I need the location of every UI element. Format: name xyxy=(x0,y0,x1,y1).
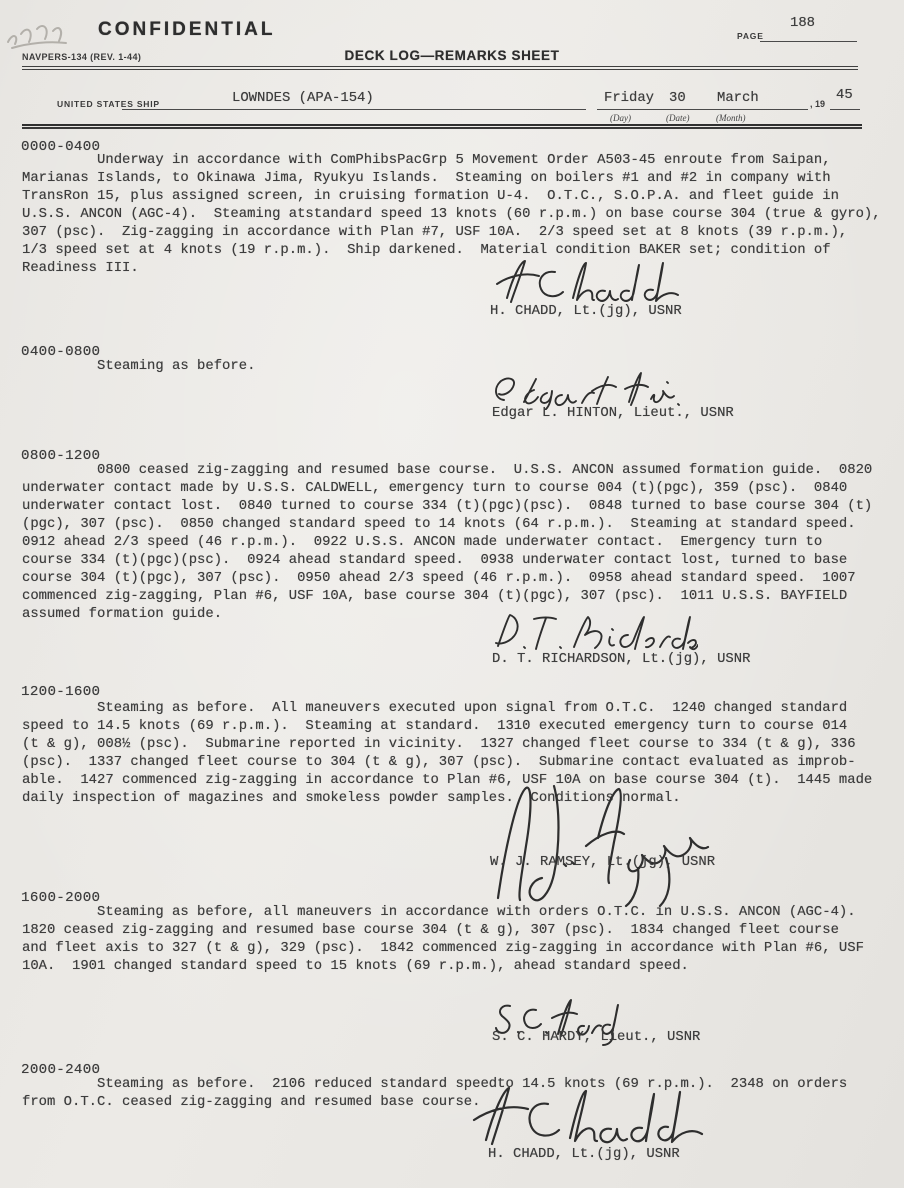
date-line xyxy=(597,109,808,110)
log-entry-text: Underway in accordance with ComPhibsPacG… xyxy=(22,151,881,277)
signature-name: D. T. RICHARDSON, Lt.(jg), USNR xyxy=(492,650,750,668)
log-month: March xyxy=(717,89,759,107)
log-entry-text: 0800 ceased zig-zagging and resumed base… xyxy=(22,461,872,623)
page-label: PAGE xyxy=(737,31,764,41)
log-day: Friday xyxy=(604,89,654,107)
log-entry-text: Steaming as before. 2106 reduced standar… xyxy=(22,1075,847,1111)
signature-chadd-script xyxy=(472,1084,707,1154)
header-heavy-rule xyxy=(22,124,862,129)
deck-log-page: CONFIDENTIAL 188 PAGE NAVPERS-134 (REV. … xyxy=(0,0,904,1188)
signature-name: H. CHADD, Lt.(jg), USNR xyxy=(490,302,682,320)
classification-banner: CONFIDENTIAL xyxy=(98,19,275,41)
sheet-title: DECK LOG—REMARKS SHEET xyxy=(0,48,904,63)
header-rule xyxy=(22,66,858,70)
log-year: 45 xyxy=(836,86,853,104)
signature-name: Edgar L. HINTON, Lieut., USNR xyxy=(492,404,734,422)
page-number: 188 xyxy=(790,14,815,32)
date-label: (Date) xyxy=(666,113,690,123)
year-prefix: , 19 xyxy=(810,99,825,109)
signature-name: H. CHADD, Lt.(jg), USNR xyxy=(488,1145,680,1163)
signature-name: S. C. HARDY, Lieut., USNR xyxy=(492,1028,700,1046)
ship-name-line xyxy=(122,109,586,110)
log-entry-text: Steaming as before. All maneuvers execut… xyxy=(22,699,872,807)
signature-name: W. J. RAMSEY, Lt.(jg), USNR xyxy=(490,853,715,871)
page-number-line xyxy=(760,41,857,42)
log-entry-text: Steaming as before. xyxy=(22,357,255,375)
ship-label: UNITED STATES SHIP xyxy=(57,99,160,109)
signature-ramsey-script xyxy=(480,780,710,912)
signature-chadd-script xyxy=(495,258,680,306)
day-label: (Day) xyxy=(610,113,631,123)
signature-richardson-script xyxy=(488,610,698,652)
log-entry-text: Steaming as before, all maneuvers in acc… xyxy=(22,903,864,975)
log-date: 30 xyxy=(669,89,686,107)
month-label: (Month) xyxy=(716,113,746,123)
year-line xyxy=(830,109,860,110)
ship-name: LOWNDES (APA-154) xyxy=(232,89,374,107)
